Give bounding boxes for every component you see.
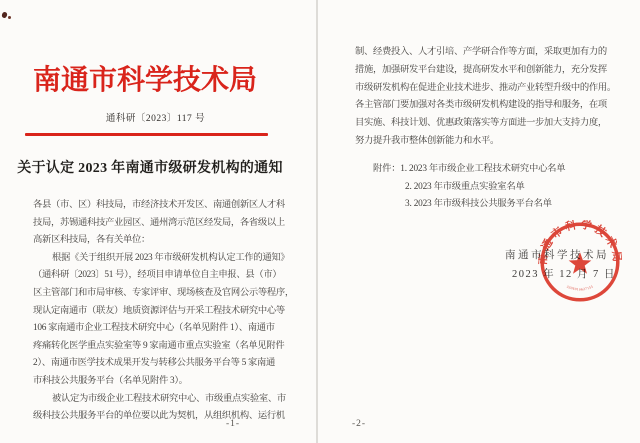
body-line: 级科技公共服务平台的单位要以此为契机，从组织机构、运行机 [33,408,295,426]
official-seal: 南通市科学技术局 3206010627155 [538,220,622,304]
seal-star-icon [569,252,592,274]
page-number: -1- [226,419,240,429]
page-number: -2- [352,419,366,429]
body-line: 市级研发机构在促进企业技术进步、推动产业转型升级中的作用。 [355,80,637,98]
body-line: 市科技公共服务平台（名单见附件 3）。 [33,373,295,391]
page1-body: 各县（市、区）科技局，市经济技术开发区、南通创新区人才科 技局，苏锡通科技产业园… [33,197,295,426]
body-line: 目实施、科技计划、优惠政策落实等方面进一步加大支持力度， [355,115,637,133]
body-line: 努力提升我市整体创新能力和水平。 [355,133,637,151]
body-line: 现认定南通市（联友）地质资源评估与开采工程技术研究中心等 [33,303,295,321]
body-line: 被认定为市级企业工程技术研究中心、市级重点实验室、市 [33,391,295,409]
document-number: 通科研〔2023〕117 号 [0,110,311,124]
attachments-list: 附件：1. 2023 年市级企业工程技术研究中心名单 2. 2023 年市级重点… [355,161,565,214]
page-1: 南通市科学技术局 通科研〔2023〕117 号 关于认定 2023 年南通市级研… [0,0,316,443]
agency-header: 南通市科学技术局 [0,58,290,98]
body-line: 2）、南通市医学技术成果开发与转移公共服务平台等 5 家南通 [33,355,295,373]
page2-body: 制、经费投入、人才引培、产学研合作等方面，采取更加有力的 措施，加强研发平台建设… [355,44,637,151]
scan-speck [8,16,11,19]
body-line: （通科研〔2023〕51 号），经项目申请单位自主申报、县（市） [33,267,295,285]
body-line: 106 家南通市企业工程技术研究中心（名单见附件 1）、南通市 [33,320,295,338]
page-2: 制、经费投入、人才引培、产学研合作等方面，采取更加有力的 措施，加强研发平台建设… [318,0,640,443]
body-line: 高新区科技局，各有关单位： [33,232,295,250]
attachments-label: 附件： [373,164,400,174]
body-line: 技局，苏锡通科技产业园区、通州湾示范区经发局，各省级以上 [33,215,295,233]
red-divider-line [25,133,268,136]
attachment-item: 2. 2023 年市级重点实验室名单 [355,179,565,197]
body-line: 区主管部门和市局审核、专家评审、现场核查及官网公示等程序， [33,285,295,303]
attachment-item-text: 1. 2023 年市级企业工程技术研究中心名单 [400,164,565,174]
notice-title: 关于认定 2023 年南通市级研发机构的通知 [0,157,300,177]
body-line: 各县（市、区）科技局，市经济技术开发区、南通创新区人才科 [33,197,295,215]
body-line: 各主管部门要加强对各类市级研发机构建设的指导和服务，在项 [355,97,637,115]
body-line: 制、经费投入、人才引培、产学研合作等方面，采取更加有力的 [355,44,637,62]
seal-serial-number: 3206010627155 [566,284,594,291]
body-line: 措施，加强研发平台建设，提高研发水平和创新能力，充分发挥 [355,62,637,80]
body-line: 疼痛转化医学重点实验室等 9 家南通市重点实验室（名单见附件 [33,338,295,356]
scan-speck [1,11,8,18]
body-line: 根据《关于组织开展 2023 年市级研发机构认定工作的通知》 [33,250,295,268]
attachment-item: 3. 2023 年市级科技公共服务平台名单 [355,196,565,214]
attachment-item: 附件：1. 2023 年市级企业工程技术研究中心名单 [355,161,565,179]
